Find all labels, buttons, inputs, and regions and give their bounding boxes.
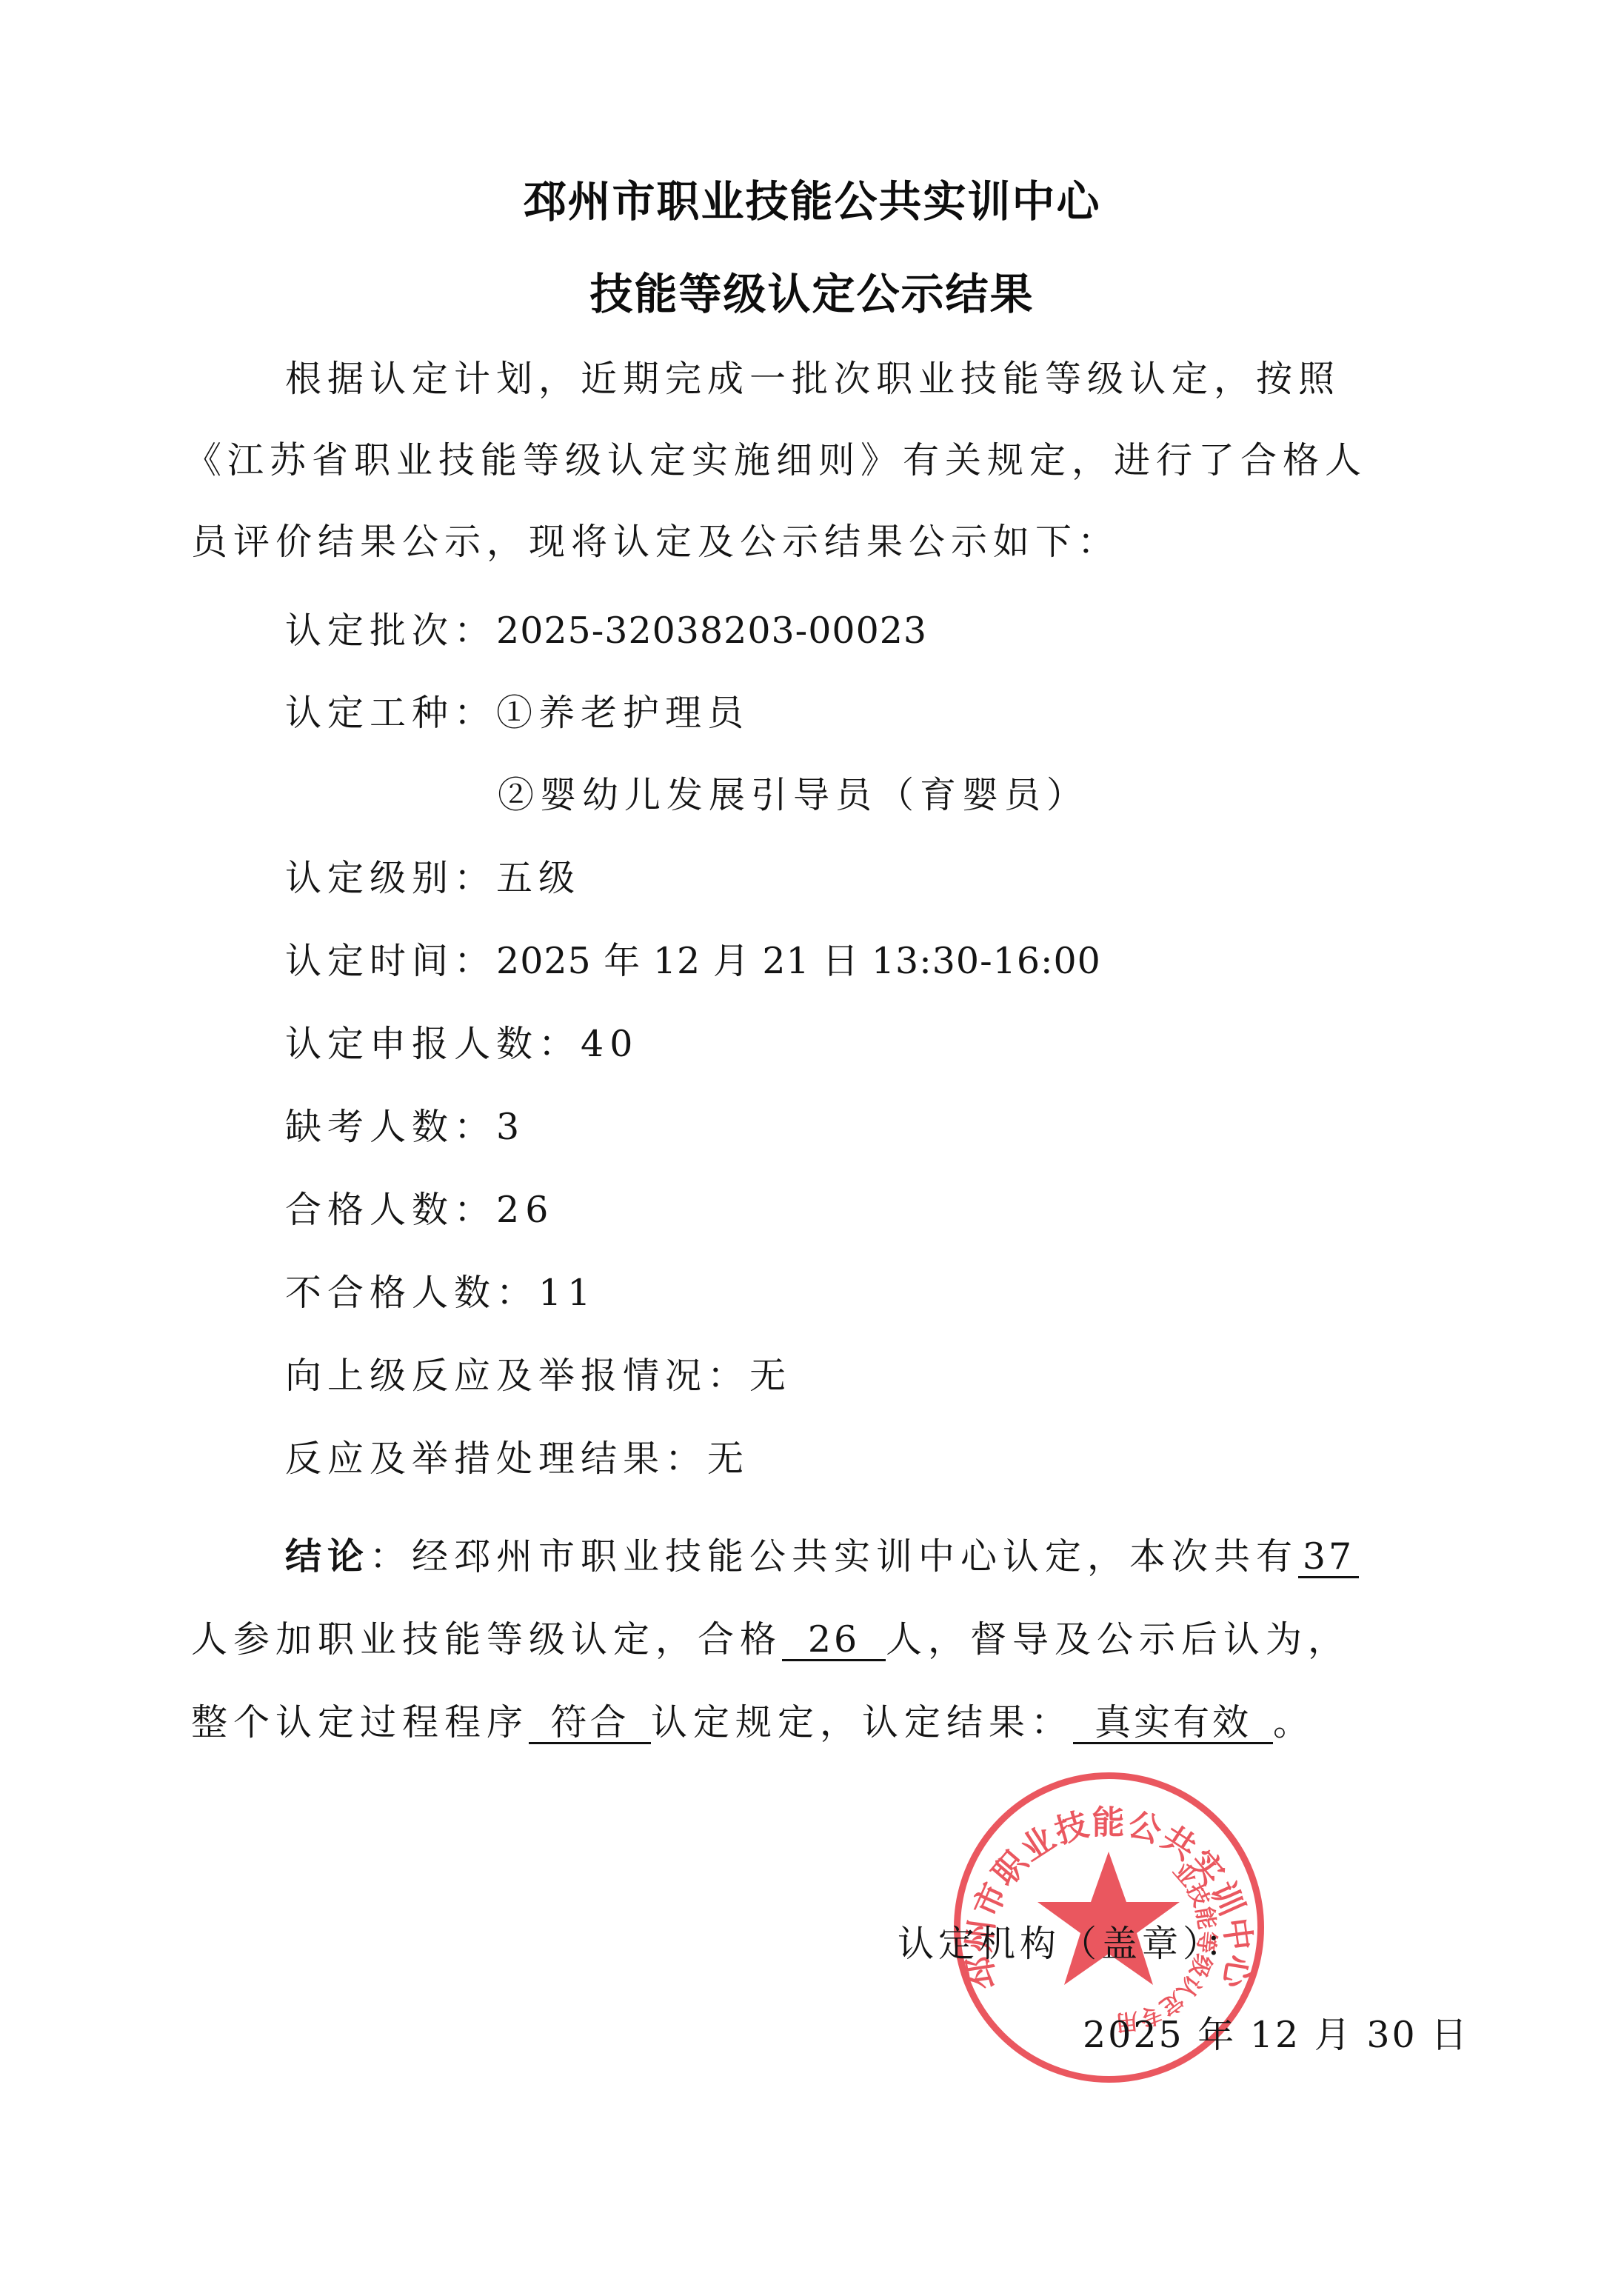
field-time-label: 认定时间： — [285, 940, 496, 982]
document-page: 邳州市职业技能公共实训中心 技能等级认定公示结果 根据认定计划，近期完成一批次职… — [0, 0, 1624, 2296]
field-absent: 缺考人数：3 — [285, 1105, 525, 1149]
field-occupation-value-1: ①养老护理员 — [496, 692, 749, 734]
field-applicants: 认定申报人数：40 — [285, 1022, 638, 1067]
conclusion-passed: 26 — [782, 1621, 886, 1661]
field-absent-label: 缺考人数： — [285, 1106, 496, 1148]
intro-line-1: 根据认定计划，近期完成一批次职业技能等级认定，按照 — [285, 357, 1340, 401]
field-passed-label: 合格人数： — [285, 1189, 496, 1231]
field-handling-value: 无 — [707, 1438, 749, 1480]
field-absent-value: 3 — [496, 1106, 525, 1148]
conclusion-compliance: 符合 — [529, 1703, 651, 1744]
field-time: 认定时间：2025 年 12 月 21 日 13:30-16:00 — [285, 939, 1101, 984]
signature-date: 2025 年 12 月 30 日 — [1083, 2013, 1469, 2058]
conclusion-colon: ： — [370, 1535, 412, 1578]
document-title-subject: 技能等级认定公示结果 — [0, 259, 1624, 321]
field-level-value: 五级 — [496, 857, 581, 899]
conclusion-text-2b: 人，督导及公示后认为， — [886, 1618, 1350, 1661]
conclusion-result: 真实有效 — [1073, 1703, 1273, 1744]
field-applicants-value: 40 — [581, 1023, 638, 1065]
conclusion-label: 结论 — [285, 1535, 370, 1578]
field-failed: 不合格人数：11 — [285, 1271, 596, 1315]
field-passed: 合格人数：26 — [285, 1188, 554, 1232]
field-passed-value: 26 — [496, 1189, 554, 1231]
conclusion-line-2: 人参加职业技能等级认定，合格26人，督导及公示后认为， — [191, 1618, 1350, 1662]
field-reports: 向上级反应及举报情况：无 — [285, 1354, 792, 1398]
field-level-label: 认定级别： — [285, 857, 496, 899]
field-occupation-value-2: ②婴幼儿发展引导员（育婴员） — [498, 773, 1089, 818]
field-failed-label: 不合格人数： — [285, 1272, 538, 1314]
field-occupation-label: 认定工种： — [285, 692, 496, 734]
conclusion-text-3a: 整个认定过程程序 — [191, 1701, 529, 1743]
conclusion-text-2a: 人参加职业技能等级认定，合格 — [191, 1618, 782, 1661]
conclusion-line-1: 结论：经邳州市职业技能公共实训中心认定，本次共有37 — [285, 1535, 1359, 1579]
field-batch: 认定批次：2025-32038203-00023 — [285, 609, 927, 653]
conclusion-text-1: 经邳州市职业技能公共实训中心认定，本次共有 — [412, 1535, 1298, 1578]
field-reports-label: 向上级反应及举报情况： — [285, 1355, 749, 1397]
document-title-org: 邳州市职业技能公共实训中心 — [0, 167, 1624, 229]
field-time-value: 2025 年 12 月 21 日 13:30-16:00 — [496, 940, 1101, 982]
field-occupation: 认定工种：①养老护理员 — [285, 691, 749, 735]
field-handling: 反应及举措处理结果：无 — [285, 1437, 749, 1481]
intro-line-3: 员评价结果公示，现将认定及公示结果公示如下： — [191, 520, 1120, 564]
field-failed-value: 11 — [538, 1272, 596, 1314]
field-level: 认定级别：五级 — [285, 856, 581, 901]
field-batch-value: 2025-32038203-00023 — [496, 610, 927, 652]
conclusion-participants: 37 — [1298, 1538, 1359, 1578]
field-batch-label: 认定批次： — [285, 610, 496, 652]
intro-line-2: 《江苏省职业技能等级认定实施细则》有关规定，进行了合格人 — [185, 438, 1367, 483]
conclusion-end: 。 — [1273, 1701, 1315, 1743]
field-applicants-label: 认定申报人数： — [285, 1023, 581, 1065]
field-reports-value: 无 — [749, 1355, 792, 1397]
conclusion-text-3b: 认定规定，认定结果： — [651, 1701, 1073, 1743]
signature-org-label: 认定机构（盖章）： — [898, 1922, 1246, 1966]
conclusion-line-3: 整个认定过程程序符合认定规定，认定结果：真实有效。 — [191, 1701, 1315, 1745]
field-handling-label: 反应及举措处理结果： — [285, 1438, 707, 1480]
